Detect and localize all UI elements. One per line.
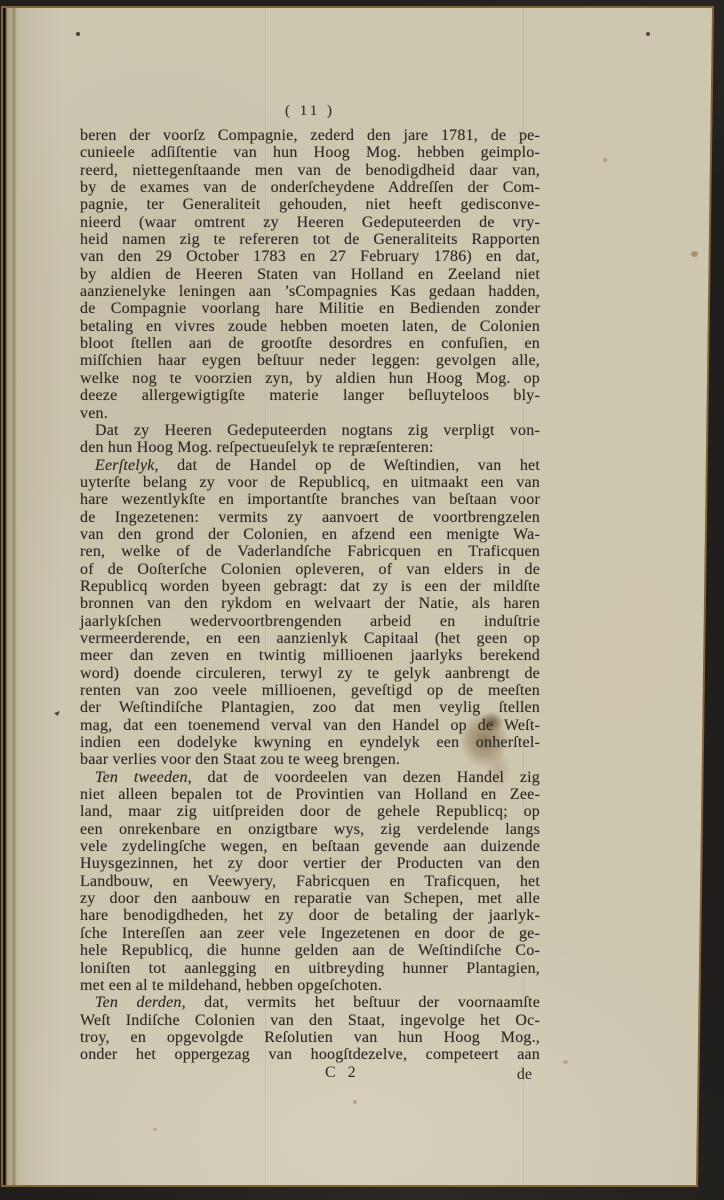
line-rest: dat de Handel op de Weſtindien, van het xyxy=(159,457,540,474)
line-rest: dat de voordeelen van dezen Handel zig xyxy=(192,769,540,786)
text-line: ren, welke of de Vaderlandſche Fabricque… xyxy=(80,543,540,560)
text-line: zy door den aanbouw en reparatie van Sch… xyxy=(80,890,540,907)
text-line: troy, en opgevolgde Reſolutien van hun H… xyxy=(80,1029,540,1046)
text-line: de Ingezetenen: vermits zy aanvoert de v… xyxy=(80,509,540,526)
text-line: pagnie, ter Generaliteit gehouden, niet … xyxy=(80,196,540,213)
text-line: vele zydelingſche wegen, en beſtaan geve… xyxy=(80,838,540,855)
text-line: Huysgezinnen, het zy door vertier der Pr… xyxy=(80,855,540,872)
scanned-book-page: { "page": { "number_display": "( 11 )", … xyxy=(0,0,724,1200)
text-line: nieerd (waar omtrent zy Heeren Gedeputee… xyxy=(80,214,540,231)
foxing-speck xyxy=(646,32,650,36)
text-line: van den grond der Colonien, en afzend ee… xyxy=(80,526,540,543)
text-line: niet alleen bepalen tot de Provintien va… xyxy=(80,786,540,803)
foxing-speck xyxy=(353,1100,357,1104)
book-page-paper: ( 11 ) beren der voorſz Compagnie, zeder… xyxy=(3,8,712,1185)
text-line: van den 29 October 1783 en 27 February 1… xyxy=(80,248,540,265)
text-line: onder het oppergezag van hoogſtdezelve, … xyxy=(80,1046,540,1063)
foxing-speck xyxy=(76,32,80,36)
text-line: loniſten tot aanlegging en uitbreyding h… xyxy=(80,960,540,977)
text-line: renten van zoo veele millioenen, geveſti… xyxy=(80,682,540,699)
text-line: of de Ooſterſche Colonien opleveren, of … xyxy=(80,561,540,578)
body-text: beren der voorſz Compagnie, zederd den j… xyxy=(80,127,540,1064)
text-line: bronnen van den rykdom en welvaart der N… xyxy=(80,595,540,612)
text-line: jaarlykſchen wedervoortbrengenden arbeid… xyxy=(80,613,540,630)
paragraph: Eerſtelyk, dat de Handel op de Weſtindie… xyxy=(80,457,540,769)
text-line: meer dan zeven en twintig millioenen jaa… xyxy=(80,647,540,664)
text-line: aanzienelyke leningen aan ’sCompagnies K… xyxy=(80,283,540,300)
text-line: Eerſtelyk, dat de Handel op de Weſtindie… xyxy=(80,457,540,474)
paragraph: Ten derden, dat, vermits het beſtuur der… xyxy=(80,994,540,1063)
text-line: Landbouw, en Veewyery, Fabricquen en Tra… xyxy=(80,873,540,890)
italic-lead: Eerſtelyk, xyxy=(95,457,159,474)
text-line: ſche Intereſſen aan zeer vele Ingezetene… xyxy=(80,925,540,942)
text-line: heid namen zig te refereren tot de Gener… xyxy=(80,231,540,248)
foxing-speck xyxy=(563,1060,568,1064)
text-line: word) doende circuleren, terwyl zy te ge… xyxy=(80,665,540,682)
text-line: hare wezentlykſte en importantſte branch… xyxy=(80,491,540,508)
catchline: C 2 de xyxy=(80,1064,540,1082)
foxing-speck xyxy=(153,1128,157,1131)
text-line: hele Republicq, die hunne gelden aan de … xyxy=(80,942,540,959)
text-line: betaling en vivres zoude hebben moeten l… xyxy=(80,318,540,335)
gathering-signature: C 2 xyxy=(325,1064,360,1081)
text-line: deeze allergewigtigſte materie langer be… xyxy=(80,387,540,404)
text-line: indien een dodelyke kwyning en eyndelyk … xyxy=(80,734,540,751)
foxing-speck xyxy=(603,158,607,162)
text-line: uyterſte belang zy voor de Republicq, en… xyxy=(80,474,540,491)
page-number: ( 11 ) xyxy=(80,103,540,127)
text-line: den hun Hoog Mog. reſpectueuſelyk te rep… xyxy=(80,439,540,456)
text-line: land, maar zig uitſpreiden door de gehel… xyxy=(80,803,540,820)
text-line: de Compagnie voorlang hare Militie en Be… xyxy=(80,300,540,317)
text-line: Republicq worden byeen gebragt: dat zy i… xyxy=(80,578,540,595)
text-line: mag, dat een toenemend verval van den Ha… xyxy=(80,717,540,734)
text-line: reerd, niettegenſtaande men van de benod… xyxy=(80,162,540,179)
binding-shadow xyxy=(3,8,25,1185)
text-line: miſſchien haar eygen beſtuur neder legge… xyxy=(80,352,540,369)
text-line: Ten derden, dat, vermits het beſtuur der… xyxy=(80,994,540,1011)
paragraph: beren der voorſz Compagnie, zederd den j… xyxy=(80,127,540,422)
text-line: Ten tweeden, dat de voordeelen van dezen… xyxy=(80,769,540,786)
text-line: by de exames van de onderſcheydene Addre… xyxy=(80,179,540,196)
text-line: bloot ſtellen aan de grootſte desordres … xyxy=(80,335,540,352)
text-block: ( 11 ) beren der voorſz Compagnie, zeder… xyxy=(80,103,540,1082)
text-line: Weſt Indiſche Colonien van den Staat, in… xyxy=(80,1012,540,1029)
foxing-speck xyxy=(691,251,698,257)
text-line: by aldien de Heeren Staten van Holland e… xyxy=(80,266,540,283)
text-line: welke nog te voorzien zyn, by aldien hun… xyxy=(80,370,540,387)
paragraph: Ten tweeden, dat de voordeelen van dezen… xyxy=(80,769,540,994)
italic-lead: Ten derden, xyxy=(95,994,186,1011)
text-line: baar verlies voor den Staat zou te weeg … xyxy=(80,751,540,768)
text-line: hare benodigdheden, het zy door de betal… xyxy=(80,907,540,924)
italic-lead: Ten tweeden, xyxy=(95,769,192,786)
margin-mark xyxy=(54,711,60,716)
catchword: de xyxy=(517,1066,532,1083)
text-line: met een al te mildehand, hebben opgeſcho… xyxy=(80,977,540,994)
paragraph: Dat zy Heeren Gedeputeerden nogtans zig … xyxy=(80,422,540,457)
text-line: ven. xyxy=(80,405,540,422)
line-rest: dat, vermits het beſtuur der voornaamſte xyxy=(186,994,540,1011)
text-line: der Weſtindiſche Plantagien, zoo dat men… xyxy=(80,699,540,716)
text-line: Dat zy Heeren Gedeputeerden nogtans zig … xyxy=(80,422,540,439)
text-line: cunieele adſiſtentie van hun Hoog Mog. h… xyxy=(80,144,540,161)
text-line: vermeerderende, en een aanzienlyk Capita… xyxy=(80,630,540,647)
text-line: een onrekenbare en onzigtbare wys, zig v… xyxy=(80,821,540,838)
text-line: beren der voorſz Compagnie, zederd den j… xyxy=(80,127,540,144)
